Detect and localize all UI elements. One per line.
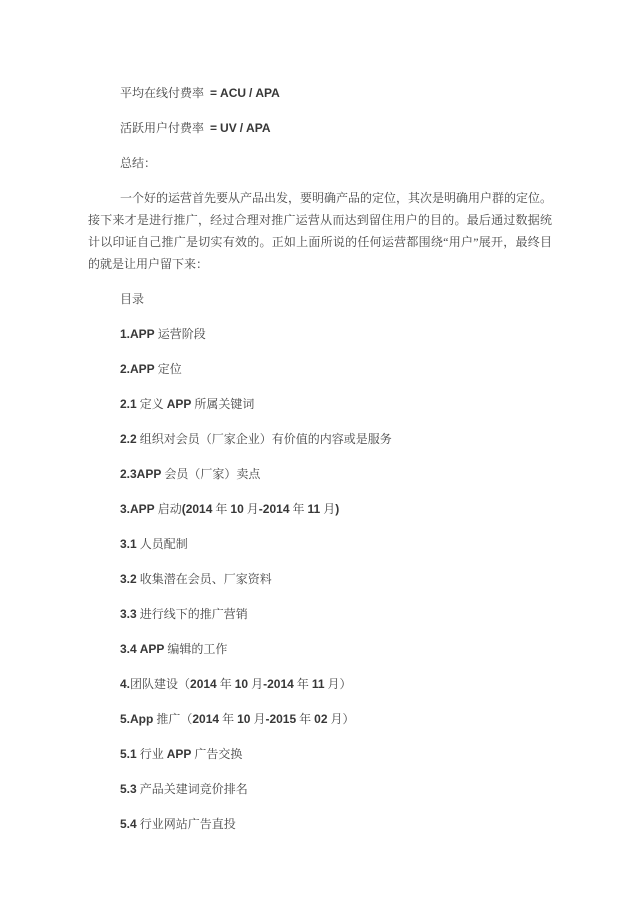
toc-item: 3.3 进行线下的推广营销: [88, 603, 552, 625]
toc-item: 4.团队建设（2014 年 10 月-2014 年 11 月）: [88, 673, 552, 695]
toc-item: 2.1 定义 APP 所属关键词: [88, 393, 552, 415]
document-body: 平均在线付费率 = ACU / APA 活跃用户付费率 = UV / APA 总…: [0, 0, 640, 835]
toc-item: 2.APP 定位: [88, 358, 552, 380]
toc-title: 目录: [88, 288, 552, 310]
summary-paragraph: 一个好的运营首先要从产品出发，要明确产品的定位，其次是明确用户群的定位。接下来才…: [88, 187, 552, 275]
toc-item: 1.APP 运营阶段: [88, 323, 552, 345]
toc-item: 5.App 推广（2014 年 10 月-2015 年 02 月）: [88, 708, 552, 730]
toc-item: 3.4 APP 编辑的工作: [88, 638, 552, 660]
toc-item: 5.3 产品关建词竞价排名: [88, 778, 552, 800]
toc-item: 3.1 人员配制: [88, 533, 552, 555]
formula-active-user-pay-rate: 活跃用户付费率 = UV / APA: [88, 117, 552, 139]
formula-average-online-pay-rate: 平均在线付费率 = ACU / APA: [88, 82, 552, 104]
document-page: 平均在线付费率 = ACU / APA 活跃用户付费率 = UV / APA 总…: [0, 0, 640, 905]
toc-item: 5.4 行业网站广告直投: [88, 813, 552, 835]
toc-item: 2.3APP 会员（厂家）卖点: [88, 463, 552, 485]
toc-item: 5.1 行业 APP 广告交换: [88, 743, 552, 765]
toc-item: 3.2 收集潜在会员、厂家资料: [88, 568, 552, 590]
summary-heading: 总结：: [88, 152, 552, 174]
toc-item: 2.2 组织对会员（厂家企业）有价值的内容或是服务: [88, 428, 552, 450]
toc-item: 3.APP 启动(2014 年 10 月-2014 年 11 月): [88, 498, 552, 520]
